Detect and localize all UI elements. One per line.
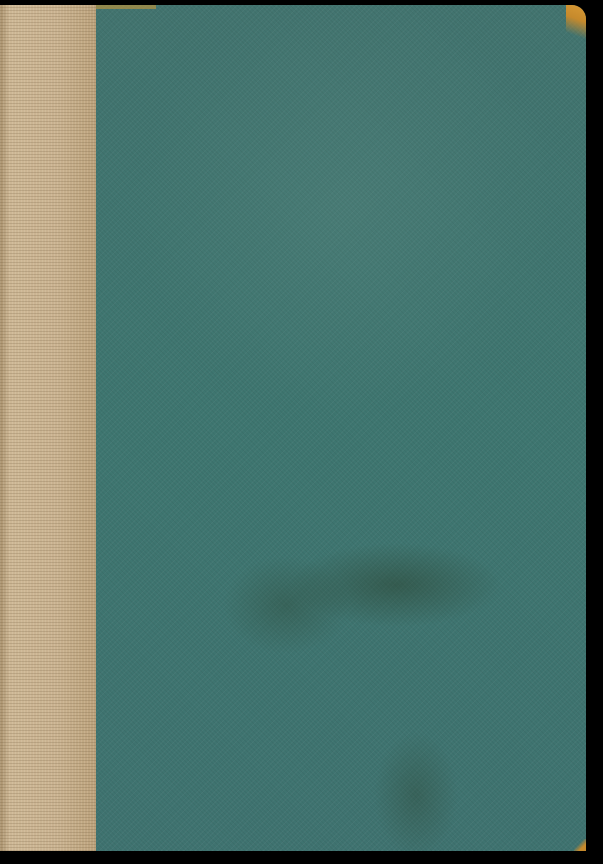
book-cover — [0, 5, 594, 851]
worn-corner-bottom-right — [574, 839, 586, 851]
paper-board — [96, 5, 586, 851]
cloth-spine — [0, 5, 98, 851]
worn-corner-top-right — [566, 5, 586, 41]
worn-top-edge — [96, 5, 156, 9]
